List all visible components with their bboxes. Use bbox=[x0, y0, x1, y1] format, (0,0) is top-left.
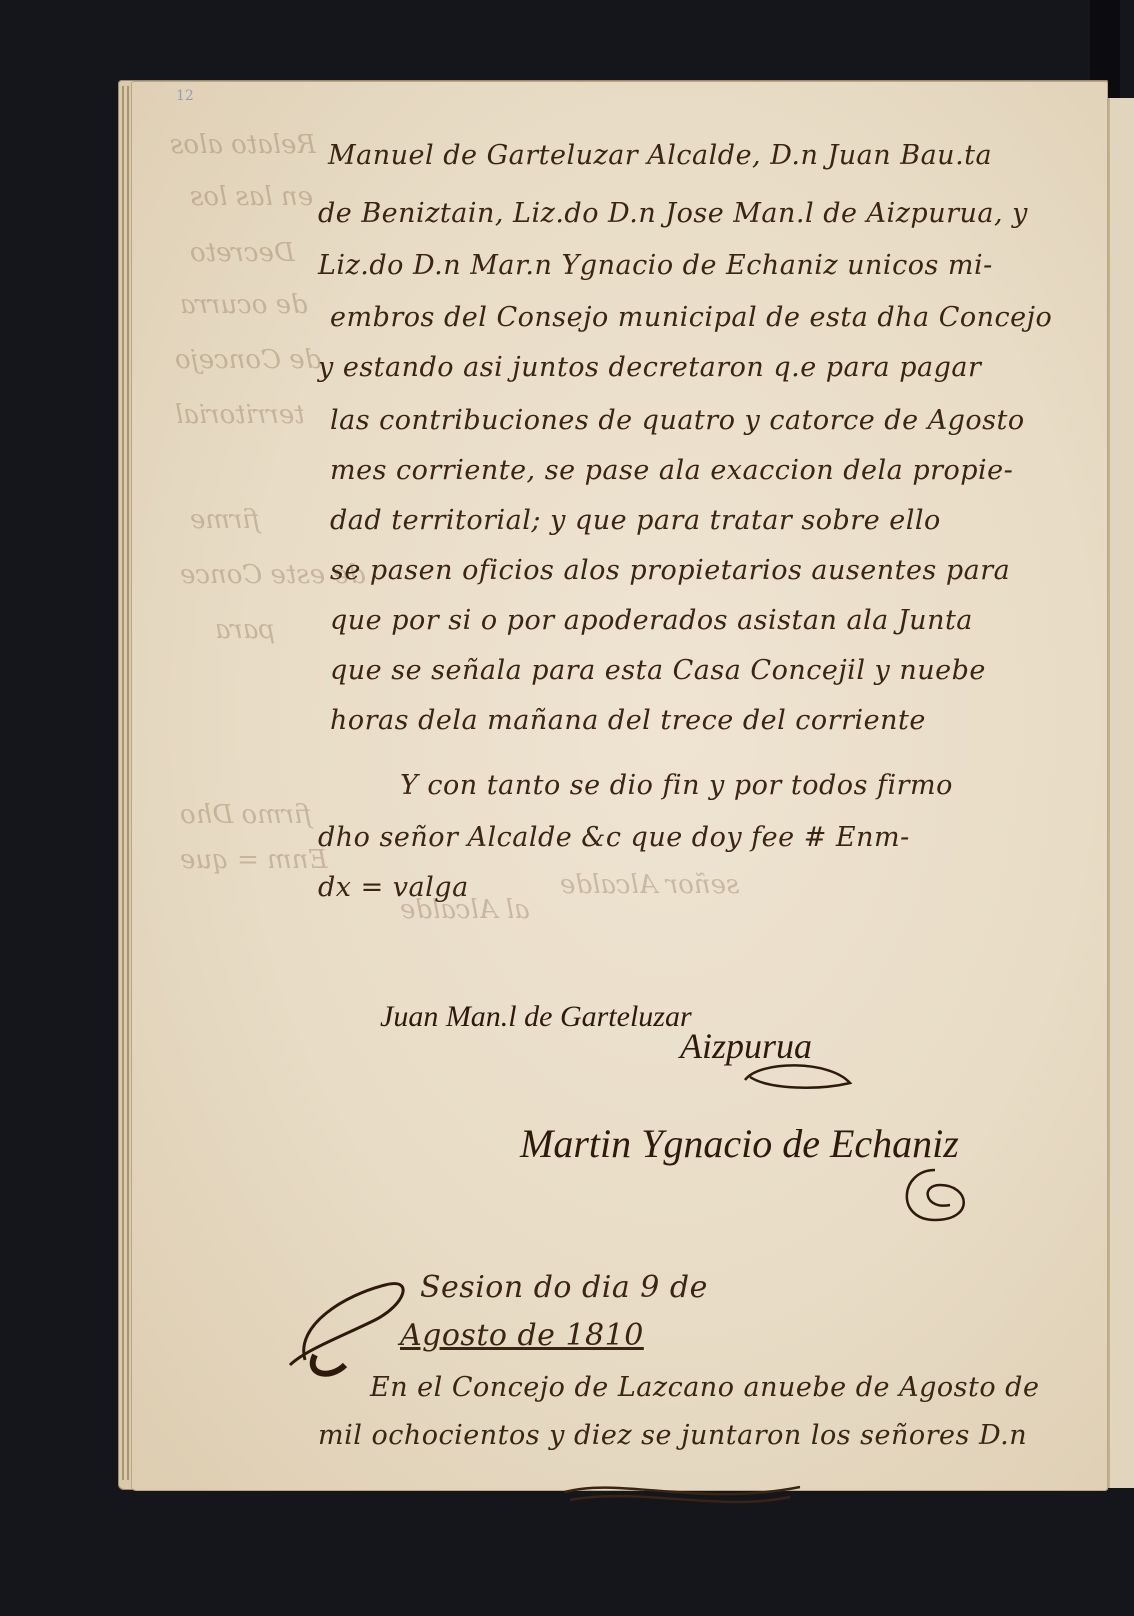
page-edge bbox=[127, 86, 129, 1480]
body-line: horas dela mañana del trece del corrient… bbox=[330, 705, 926, 736]
bleed-line: para bbox=[215, 615, 275, 645]
body-line: las contribuciones de quatro y catorce d… bbox=[330, 405, 1025, 436]
bleed-line: en las los bbox=[190, 182, 313, 212]
bleed-line: de ocurra bbox=[180, 290, 308, 320]
page-edge bbox=[122, 86, 124, 1480]
session-line: En el Concejo de Lazcano anuebe de Agost… bbox=[370, 1372, 1039, 1403]
facing-page bbox=[1108, 98, 1134, 1488]
session-date: Agosto de 1810 bbox=[400, 1318, 644, 1353]
body-line: se pasen oficios alos propietarios ausen… bbox=[330, 555, 1010, 586]
session-heading: Sesion do dia 9 de bbox=[420, 1270, 708, 1305]
rubric-flourish bbox=[740, 1055, 860, 1095]
body-line: embros del Consejo municipal de esta dha… bbox=[330, 302, 1052, 333]
bottom-flourish bbox=[560, 1472, 810, 1512]
body-line: dad territorial; y que para tratar sobre… bbox=[330, 505, 941, 536]
bleed-line: territorial bbox=[175, 400, 305, 430]
bleed-line: señor Alcalde bbox=[560, 870, 739, 900]
body-line: Manuel de Garteluzar Alcalde, D.n Juan B… bbox=[328, 140, 992, 171]
bleed-line: Enm = que bbox=[180, 845, 327, 875]
session-line: mil ochocientos y diez se juntaron los s… bbox=[318, 1420, 1027, 1451]
body-line: de Beniztain, Liz.do D.n Jose Man.l de A… bbox=[318, 198, 1028, 229]
body-line: que se señala para esta Casa Concejil y … bbox=[330, 655, 986, 686]
folio-mark: 12 bbox=[176, 88, 194, 104]
rubric-flourish bbox=[890, 1160, 980, 1230]
closing-line: dho señor Alcalde &c que doy fee # Enm- bbox=[318, 822, 910, 853]
body-line: mes corriente, se pase ala exaccion dela… bbox=[330, 455, 1013, 486]
body-line: y estando asi juntos decretaron q.e para… bbox=[318, 352, 981, 383]
body-line: que por si o por apoderados asistan ala … bbox=[330, 605, 973, 636]
signature-garteluzar: Juan Man.l de Garteluzar bbox=[380, 1000, 692, 1034]
bleed-line: Relato alos bbox=[170, 130, 316, 160]
bleed-line: firme bbox=[190, 505, 260, 535]
bleed-line: de Concejo bbox=[175, 345, 321, 375]
bleed-line: firmo Dho bbox=[180, 800, 312, 830]
body-line: Liz.do D.n Mar.n Ygnacio de Echaniz unic… bbox=[318, 250, 993, 281]
bleed-line: Decreto bbox=[190, 238, 295, 268]
closing-line: dx = valga bbox=[318, 872, 469, 903]
closing-line: Y con tanto se dio fin y por todos firmo bbox=[400, 770, 953, 801]
